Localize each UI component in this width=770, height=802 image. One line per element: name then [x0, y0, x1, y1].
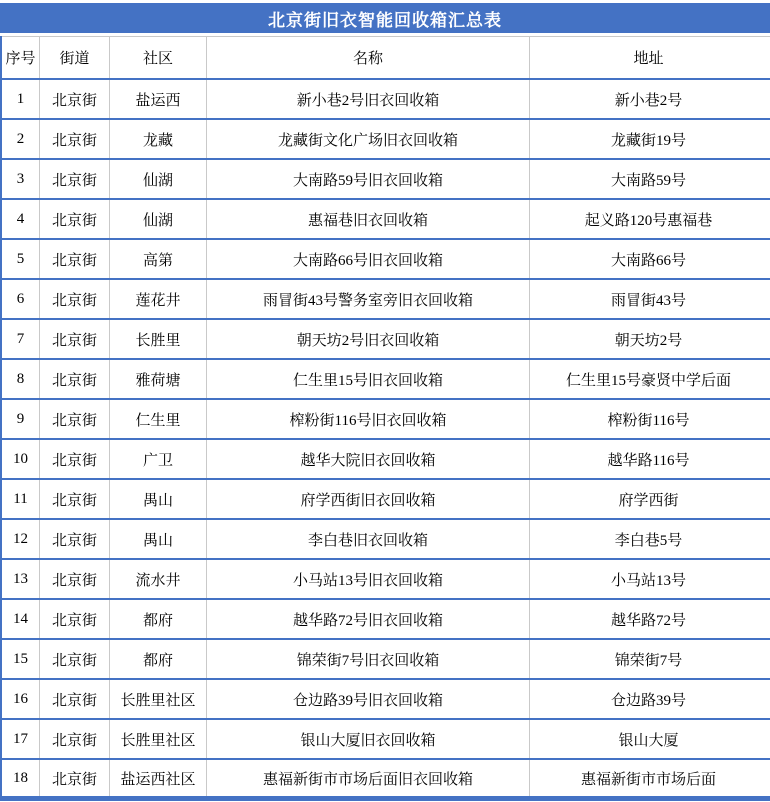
table-row: 10北京街广卫越华大院旧衣回收箱越华路116号 — [2, 440, 770, 480]
cell-index: 6 — [2, 280, 40, 318]
cell-address: 起义路120号惠福巷 — [530, 200, 767, 238]
cell-name: 锦荣街7号旧衣回收箱 — [207, 640, 530, 678]
cell-index: 13 — [2, 560, 40, 598]
cell-address: 新小巷2号 — [530, 80, 767, 118]
cell-index: 2 — [2, 120, 40, 158]
cell-address: 仓边路39号 — [530, 680, 767, 718]
cell-index: 5 — [2, 240, 40, 278]
cell-address: 越华路116号 — [530, 440, 767, 478]
cell-index: 3 — [2, 160, 40, 198]
cell-community: 仁生里 — [110, 400, 207, 438]
cell-address: 锦荣街7号 — [530, 640, 767, 678]
cell-community: 仙湖 — [110, 160, 207, 198]
table-row: 14北京街都府越华路72号旧衣回收箱越华路72号 — [2, 600, 770, 640]
table-row: 8北京街雅荷塘仁生里15号旧衣回收箱仁生里15号豪贤中学后面 — [2, 360, 770, 400]
cell-name: 仓边路39号旧衣回收箱 — [207, 680, 530, 718]
cell-address: 李白巷5号 — [530, 520, 767, 558]
cell-index: 17 — [2, 720, 40, 758]
cell-name: 银山大厦旧衣回收箱 — [207, 720, 530, 758]
cell-name: 雨冒街43号警务室旁旧衣回收箱 — [207, 280, 530, 318]
cell-name: 小马站13号旧衣回收箱 — [207, 560, 530, 598]
cell-index: 7 — [2, 320, 40, 358]
cell-address: 惠福新街市市场后面 — [530, 760, 767, 796]
cell-street: 北京街 — [40, 600, 110, 638]
cell-name: 朝天坊2号旧衣回收箱 — [207, 320, 530, 358]
cell-name: 新小巷2号旧衣回收箱 — [207, 80, 530, 118]
cell-index: 1 — [2, 80, 40, 118]
cell-address: 仁生里15号豪贤中学后面 — [530, 360, 767, 398]
column-header-community: 社区 — [110, 37, 207, 78]
cell-address: 小马站13号 — [530, 560, 767, 598]
table-row: 1北京街盐运西新小巷2号旧衣回收箱新小巷2号 — [2, 80, 770, 120]
cell-street: 北京街 — [40, 560, 110, 598]
cell-name: 府学西街旧衣回收箱 — [207, 480, 530, 518]
column-header-index: 序号 — [2, 37, 40, 78]
cell-address: 雨冒街43号 — [530, 280, 767, 318]
table-row: 3北京街仙湖大南路59号旧衣回收箱大南路59号 — [2, 160, 770, 200]
cell-address: 越华路72号 — [530, 600, 767, 638]
cell-street: 北京街 — [40, 480, 110, 518]
cell-index: 9 — [2, 400, 40, 438]
cell-index: 16 — [2, 680, 40, 718]
table-row: 12北京街禺山李白巷旧衣回收箱李白巷5号 — [2, 520, 770, 560]
cell-community: 盐运西社区 — [110, 760, 207, 796]
cell-street: 北京街 — [40, 760, 110, 796]
cell-index: 4 — [2, 200, 40, 238]
table-row: 4北京街仙湖惠福巷旧衣回收箱起义路120号惠福巷 — [2, 200, 770, 240]
recycling-box-table: 序号 街道 社区 名称 地址 1北京街盐运西新小巷2号旧衣回收箱新小巷2号2北京… — [0, 36, 770, 796]
cell-name: 大南路59号旧衣回收箱 — [207, 160, 530, 198]
bottom-banner-strip — [0, 796, 770, 801]
cell-index: 14 — [2, 600, 40, 638]
cell-street: 北京街 — [40, 160, 110, 198]
column-header-name: 名称 — [207, 37, 530, 78]
table-row: 15北京街都府锦荣街7号旧衣回收箱锦荣街7号 — [2, 640, 770, 680]
cell-street: 北京街 — [40, 520, 110, 558]
cell-street: 北京街 — [40, 440, 110, 478]
table-title-banner: 北京街旧衣智能回收箱汇总表 — [0, 3, 770, 33]
cell-address: 朝天坊2号 — [530, 320, 767, 358]
cell-community: 莲花井 — [110, 280, 207, 318]
table-row: 16北京街长胜里社区仓边路39号旧衣回收箱仓边路39号 — [2, 680, 770, 720]
cell-address: 龙藏街19号 — [530, 120, 767, 158]
cell-street: 北京街 — [40, 280, 110, 318]
cell-name: 越华路72号旧衣回收箱 — [207, 600, 530, 638]
cell-street: 北京街 — [40, 400, 110, 438]
cell-index: 10 — [2, 440, 40, 478]
cell-address: 大南路59号 — [530, 160, 767, 198]
cell-street: 北京街 — [40, 360, 110, 398]
cell-community: 雅荷塘 — [110, 360, 207, 398]
table-row: 7北京街长胜里朝天坊2号旧衣回收箱朝天坊2号 — [2, 320, 770, 360]
summary-table-page: 北京街旧衣智能回收箱汇总表 序号 街道 社区 名称 地址 1北京街盐运西新小巷2… — [0, 3, 770, 802]
cell-index: 18 — [2, 760, 40, 796]
column-header-street: 街道 — [40, 37, 110, 78]
cell-address: 府学西街 — [530, 480, 767, 518]
table-row: 18北京街盐运西社区惠福新街市市场后面旧衣回收箱惠福新街市市场后面 — [2, 760, 770, 796]
cell-index: 8 — [2, 360, 40, 398]
cell-community: 仙湖 — [110, 200, 207, 238]
table-row: 11北京街禺山府学西街旧衣回收箱府学西街 — [2, 480, 770, 520]
cell-name: 龙藏街文化广场旧衣回收箱 — [207, 120, 530, 158]
cell-community: 高第 — [110, 240, 207, 278]
cell-street: 北京街 — [40, 80, 110, 118]
table-row: 13北京街流水井小马站13号旧衣回收箱小马站13号 — [2, 560, 770, 600]
cell-street: 北京街 — [40, 720, 110, 758]
cell-name: 李白巷旧衣回收箱 — [207, 520, 530, 558]
column-header-address: 地址 — [530, 37, 767, 78]
cell-community: 流水井 — [110, 560, 207, 598]
cell-name: 仁生里15号旧衣回收箱 — [207, 360, 530, 398]
cell-community: 长胜里社区 — [110, 680, 207, 718]
cell-name: 越华大院旧衣回收箱 — [207, 440, 530, 478]
table-row: 9北京街仁生里榨粉街116号旧衣回收箱榨粉街116号 — [2, 400, 770, 440]
table-row: 6北京街莲花井雨冒街43号警务室旁旧衣回收箱雨冒街43号 — [2, 280, 770, 320]
cell-street: 北京街 — [40, 320, 110, 358]
cell-community: 龙藏 — [110, 120, 207, 158]
cell-address: 大南路66号 — [530, 240, 767, 278]
cell-street: 北京街 — [40, 120, 110, 158]
cell-street: 北京街 — [40, 640, 110, 678]
table-header-row: 序号 街道 社区 名称 地址 — [2, 36, 770, 80]
cell-community: 禺山 — [110, 520, 207, 558]
cell-community: 都府 — [110, 640, 207, 678]
cell-name: 惠福新街市市场后面旧衣回收箱 — [207, 760, 530, 796]
cell-street: 北京街 — [40, 200, 110, 238]
cell-street: 北京街 — [40, 680, 110, 718]
cell-index: 12 — [2, 520, 40, 558]
cell-address: 榨粉街116号 — [530, 400, 767, 438]
page-title: 北京街旧衣智能回收箱汇总表 — [268, 6, 502, 31]
cell-community: 广卫 — [110, 440, 207, 478]
cell-name: 惠福巷旧衣回收箱 — [207, 200, 530, 238]
cell-address: 银山大厦 — [530, 720, 767, 758]
cell-community: 盐运西 — [110, 80, 207, 118]
cell-index: 15 — [2, 640, 40, 678]
table-row: 5北京街高第大南路66号旧衣回收箱大南路66号 — [2, 240, 770, 280]
table-row: 17北京街长胜里社区银山大厦旧衣回收箱银山大厦 — [2, 720, 770, 760]
cell-community: 都府 — [110, 600, 207, 638]
cell-index: 11 — [2, 480, 40, 518]
table-body: 1北京街盐运西新小巷2号旧衣回收箱新小巷2号2北京街龙藏龙藏街文化广场旧衣回收箱… — [2, 80, 770, 796]
cell-community: 长胜里 — [110, 320, 207, 358]
table-row: 2北京街龙藏龙藏街文化广场旧衣回收箱龙藏街19号 — [2, 120, 770, 160]
cell-community: 禺山 — [110, 480, 207, 518]
cell-name: 榨粉街116号旧衣回收箱 — [207, 400, 530, 438]
cell-community: 长胜里社区 — [110, 720, 207, 758]
cell-name: 大南路66号旧衣回收箱 — [207, 240, 530, 278]
cell-street: 北京街 — [40, 240, 110, 278]
